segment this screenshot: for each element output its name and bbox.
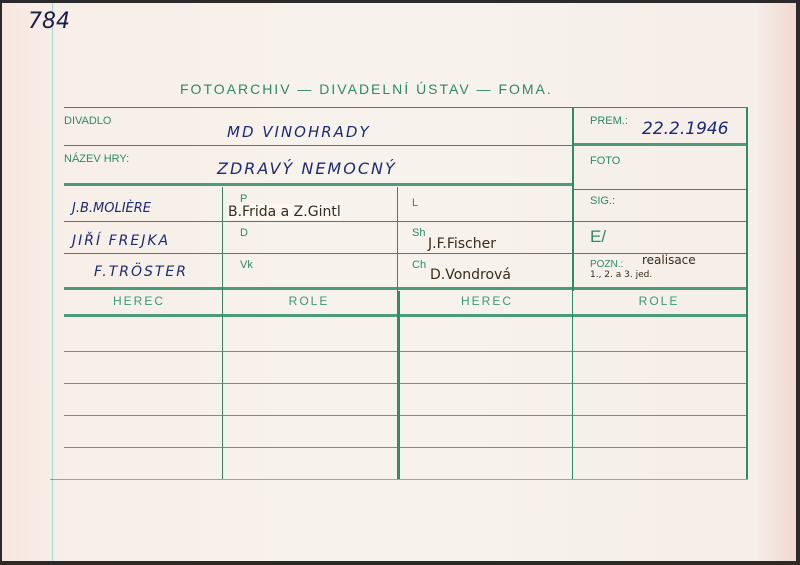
value-pozn: realisace [642,253,696,267]
cast-divider-1 [222,291,223,479]
value-autor: J.B.MOLIÈRE [72,201,151,216]
label-dirigent: D [240,227,248,239]
cast-row-rule-4 [64,447,746,448]
value-nazev-hry: ZDRAVÝ NEMOCNÝ [217,159,397,178]
divider-col-1 [222,187,223,291]
cast-divider-2 [397,291,400,479]
label-hudba: Sh [412,227,425,239]
cast-row-rule-2 [64,383,746,384]
archive-card: 784 FOTOARCHIV — DIVADELNÍ ÚSTAV — FOMA.… [2,3,796,561]
frame-top [64,107,748,108]
label-nazev-hry: NÁZEV HRY: [64,153,129,165]
card-header: FOTOARCHIV — DIVADELNÍ ÚSTAV — FOMA. [180,81,553,97]
cast-row-rule-3 [64,415,746,416]
value-divadlo: MD VINOHRADY [227,123,371,141]
divider-right-column [572,107,574,291]
value-choreografie: D.Vondrová [430,267,511,283]
cast-row-rule-1 [64,351,746,352]
label-choreografie: Ch [412,259,426,271]
col-header-role-2: ROLE [584,294,734,308]
frame-bottom [50,479,748,480]
label-foto: FOTO [590,155,620,167]
divider-col-2 [397,187,398,291]
label-divadlo: DIVADLO [64,115,111,127]
value-pozn-2: 1., 2. a 3. jed. [590,270,652,280]
label-prem: PREM.: [590,115,628,127]
col-header-herec-1: HEREC [64,294,214,308]
rule-thick-2 [64,287,746,290]
label-pozn: POZN.: [590,259,623,270]
value-prem: 22.2.1946 [642,119,729,139]
margin-line [52,3,53,561]
col-header-herec-2: HEREC [412,294,562,308]
label-l: L [412,197,418,209]
rule-prem [574,143,746,146]
rule-thick-1 [64,183,572,186]
col-header-role-1: ROLE [234,294,384,308]
value-rezie: JIŘÍ FREJKA [72,233,170,249]
label-sig: SIG.: [590,195,615,207]
value-scena: F.TRÖSTER [94,264,188,280]
value-preklad: B.Frida a Z.Gintl [228,204,341,220]
label-e: E/ [590,227,606,247]
cast-divider-3 [572,291,573,479]
frame-right [746,107,748,479]
rule-1 [64,145,572,146]
rule-cast-header [64,314,746,317]
card-number: 784 [28,9,70,34]
rule-sig [574,189,746,190]
rule-2 [64,221,746,222]
value-hudba: J.F.Fischer [428,236,496,252]
label-kostymy: Vk [240,259,253,271]
